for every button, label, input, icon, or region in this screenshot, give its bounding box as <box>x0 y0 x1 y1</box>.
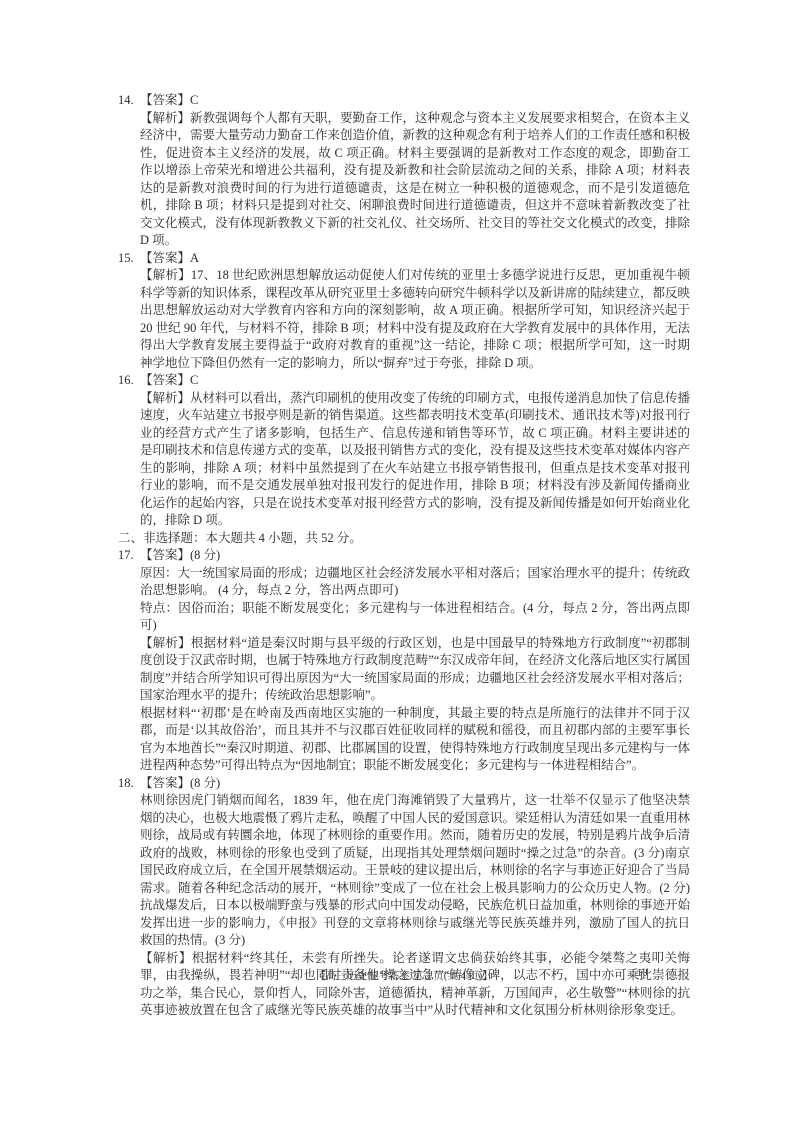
answer-body-paragraph: 林则徐因虎门销烟而闻名，1839 年，他在虎门海滩销毁了大量鸦片，这一壮举不仅显… <box>140 792 690 950</box>
answer-line: 18.【答案】(8 分) <box>118 775 690 793</box>
question-number: 18. <box>118 775 140 793</box>
analysis-paragraph-1: 【解析】根据材料“道是秦汉时期与县平级的行政区划，也是中国最早的特殊地方行政制度… <box>140 635 690 705</box>
answer-line: 16.【答案】C <box>118 372 690 390</box>
question-number: 17. <box>118 547 140 565</box>
question-item-15: 15.【答案】A 【解析】17、18 世纪欧洲思想解放运动促使人们对传统的亚里士… <box>140 250 690 373</box>
question-item-17: 17.【答案】(8 分) 原因：大一统国家局面的形成；边疆地区社会经济发展水平相… <box>140 547 690 775</box>
section-header: 二、非选择题：本大题共 4 小题，共 52 分。 <box>118 530 690 548</box>
page-footer: 【高三历史参考答案 第 3 页(共 4 页)】 FJ <box>118 968 690 983</box>
question-number: 15. <box>118 250 140 268</box>
answer-label: 【答案】C <box>140 373 198 387</box>
question-item-14: 14.【答案】C 【解析】新教强调每个人都有天职，要勤奋工作，这种观念与资本主义… <box>140 92 690 250</box>
analysis-paragraph: 【解析】根据材料“终其任，未尝有所挫失。论者遂谓文忠倘获始终其事，必能令桀骜之夷… <box>140 950 690 1020</box>
question-number: 14. <box>118 92 140 110</box>
footer-doc-code: FJ <box>638 968 648 979</box>
page-content: 14.【答案】C 【解析】新教强调每个人都有天职，要勤奋工作，这种观念与资本主义… <box>140 92 690 1020</box>
answer-label: 【答案】A <box>140 251 199 265</box>
answer-key-page: 14.【答案】C 【解析】新教强调每个人都有天职，要勤奋工作，这种观念与资本主义… <box>0 0 800 1131</box>
answer-line: 17.【答案】(8 分) <box>118 547 690 565</box>
analysis-paragraph-2: 根据材料“‘初郡’是在岭南及西南地区实施的一种制度，其最主要的特点是所施行的法律… <box>140 705 690 775</box>
answer-label: 【答案】C <box>140 93 198 107</box>
question-item-16: 16.【答案】C 【解析】从材料可以看出，蒸汽印刷机的使用改变了传统的印刷方式，… <box>140 372 690 530</box>
answer-label: 【答案】(8 分) <box>140 548 220 562</box>
question-number: 16. <box>118 372 140 390</box>
footer-page-label: 【高三历史参考答案 第 3 页(共 4 页)】 <box>118 968 690 983</box>
analysis-paragraph: 【解析】17、18 世纪欧洲思想解放运动促使人们对传统的亚里士多德学说进行反思，… <box>140 267 690 372</box>
answer-label: 【答案】(8 分) <box>140 776 220 790</box>
answer-line: 14.【答案】C <box>118 92 690 110</box>
reason-paragraph: 原因：大一统国家局面的形成；边疆地区社会经济发展水平相对落后；国家治理水平的提升… <box>140 565 690 600</box>
feature-paragraph: 特点：因俗而治；职能不断发展变化；多元建构与一体进程相结合。(4 分，每点 2 … <box>140 600 690 635</box>
analysis-paragraph: 【解析】新教强调每个人都有天职，要勤奋工作，这种观念与资本主义发展要求相契合，在… <box>140 110 690 250</box>
analysis-paragraph: 【解析】从材料可以看出，蒸汽印刷机的使用改变了传统的印刷方式，电报传递消息加快了… <box>140 390 690 530</box>
answer-line: 15.【答案】A <box>118 250 690 268</box>
